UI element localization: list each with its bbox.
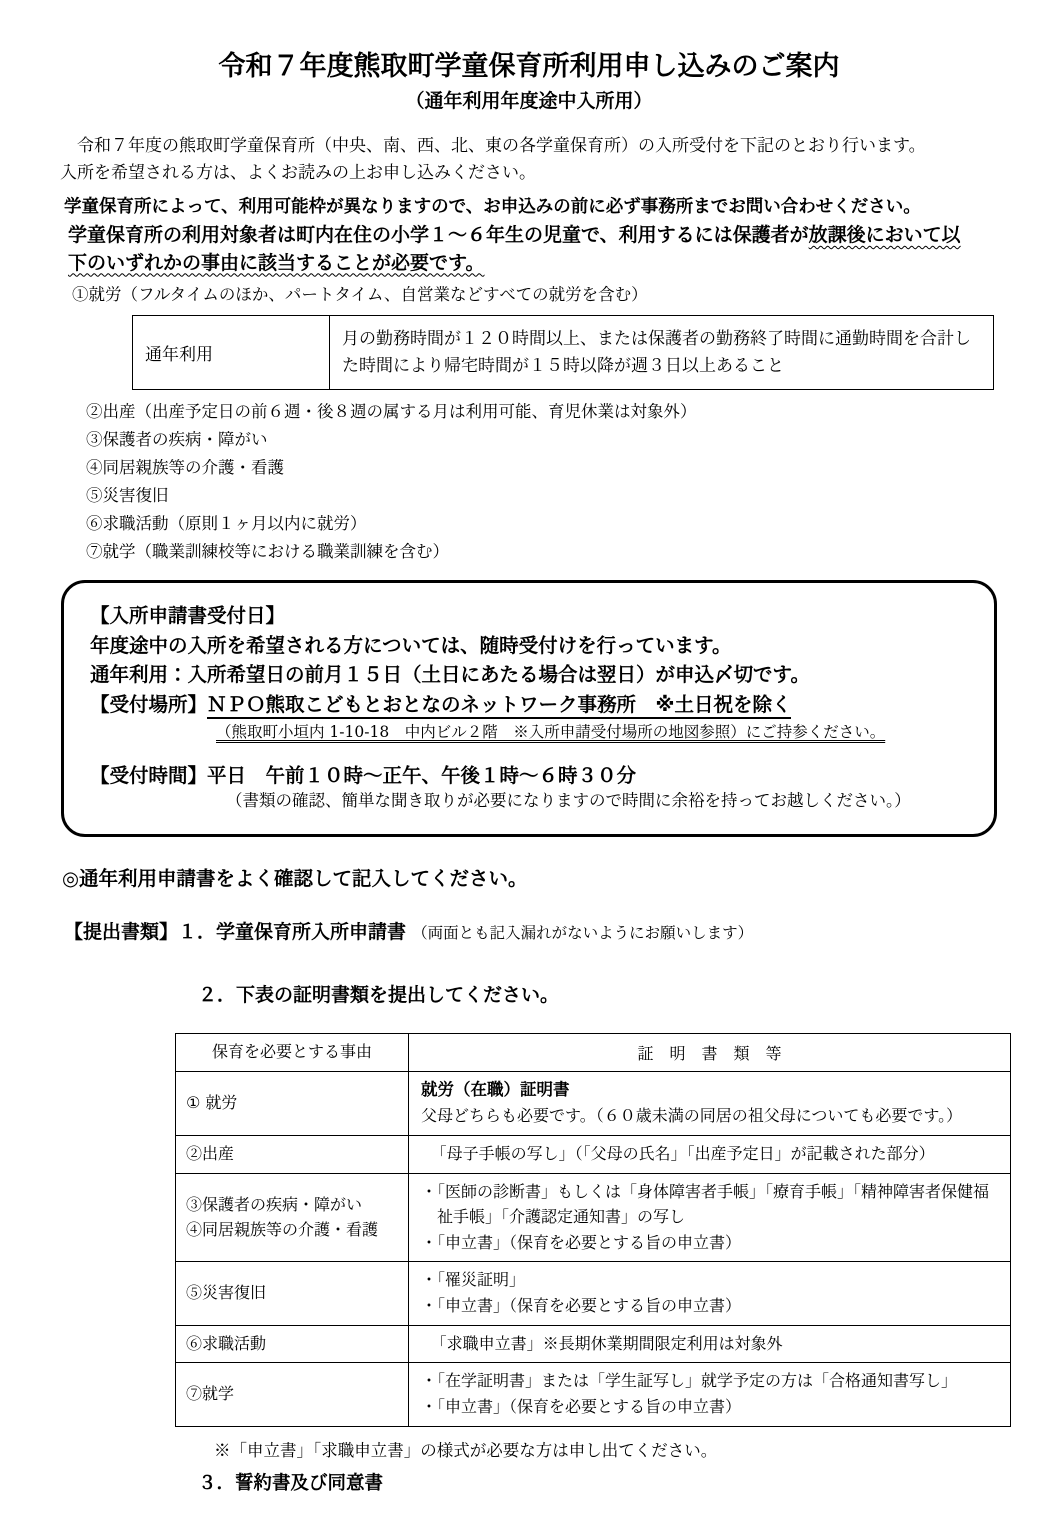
eligibility-prefix: 学童保育所の利用対象者は町内在住の小学１～６年生の児童で、利用するには保護者が bbox=[68, 224, 809, 246]
doc-line-1: ・「在学証明書」または「学生証写し」就学予定の方は「合格通知書写し」 bbox=[421, 1368, 998, 1394]
table-row: 通年利用 月の勤務時間が１２０時間以上、または保護者の勤務終了時間に通勤時間を合… bbox=[133, 316, 994, 390]
docs-cell: 「求職申立書」※長期休業期間限定利用は対象外 bbox=[409, 1325, 1011, 1363]
doc-line-1: ・「医師の診断書」もしくは「身体障害者手帳」「療育手帳」「精神障害者保健福祉手帳… bbox=[421, 1179, 998, 1230]
confirm-note: ◎通年利用申請書をよく確認して記入してください。 bbox=[62, 863, 1000, 891]
table-row-schooling: ⑦就学 ・「在学証明書」または「学生証写し」就学予定の方は「合格通知書写し」 ・… bbox=[176, 1363, 1011, 1426]
doc-line-2: ・「申立書」（保育を必要とする旨の申立書） bbox=[421, 1293, 998, 1319]
table-header-row: 保育を必要とする事由 証 明 書 類 等 bbox=[176, 1034, 1011, 1072]
reception-time-value: 平日 午前１０時～正午、午後１時～６時３０分 bbox=[207, 764, 636, 787]
document-page: 令和７年度熊取町学童保育所利用申し込みのご案内 （通年利用年度途中入所用） 令和… bbox=[0, 0, 1058, 1535]
doc-note: 父母どちらも必要です。（６０歳未満の同居の祖父母についても必要です。） bbox=[421, 1103, 998, 1129]
documents-item-2: ２．下表の証明書類を提出してください。 bbox=[198, 980, 1000, 1007]
reception-place-label: 【受付場所】 bbox=[90, 693, 207, 716]
annual-use-label-cell: 通年利用 bbox=[133, 316, 330, 390]
reason-item-2: ②出産（出産予定日の前６週・後８週の属する月は利用可能、育児休業は対象外） bbox=[86, 398, 1000, 426]
reason-item-3: ③保護者の疾病・障がい bbox=[86, 426, 1000, 454]
reason-cell: ③保護者の疾病・障がい ④同居親族等の介護・看護 bbox=[176, 1173, 409, 1262]
reception-time-label: 【受付時間】 bbox=[90, 764, 207, 787]
header-reason: 保育を必要とする事由 bbox=[176, 1034, 409, 1072]
docs-cell: 「母子手帳の写し」（「父母の氏名」「出産予定日」が記載された部分） bbox=[409, 1135, 1011, 1173]
page-title: 令和７年度熊取町学童保育所利用申し込みのご案内 bbox=[58, 50, 1000, 84]
submission-documents-line: 【提出書類】１．学童保育所入所申請書 （両面とも記入漏れがないようにお願いします… bbox=[64, 917, 1000, 944]
reason-cell: ⑦就学 bbox=[176, 1363, 409, 1426]
reception-time-note: （書類の確認、簡単な聞き取りが必要になりますので時間に余裕を持ってお越しください… bbox=[226, 788, 968, 814]
docs-cell: ・「罹災証明」 ・「申立書」（保育を必要とする旨の申立書） bbox=[409, 1262, 1011, 1325]
eligibility-statement: 学童保育所の利用対象者は町内在住の小学１～６年生の児童で、利用するには保護者が放… bbox=[68, 222, 978, 277]
box-heading: 【入所申請書受付日】 bbox=[90, 601, 968, 631]
reason-item-1: ①就労（フルタイムのほか、パートタイム、自営業などすべての就労を含む） bbox=[72, 281, 1000, 309]
annual-use-condition-cell: 月の勤務時間が１２０時間以上、または保護者の勤務終了時間に通勤時間を合計した時間… bbox=[330, 316, 994, 390]
contact-notice: 学童保育所によって、利用可能枠が異なりますので、お申込みの前に必ず事務所までお問… bbox=[64, 194, 994, 220]
reason-cell: ②出産 bbox=[176, 1135, 409, 1173]
reason-item-5: ⑤災害復旧 bbox=[86, 482, 1000, 510]
table-row-jobsearch: ⑥求職活動 「求職申立書」※長期休業期間限定利用は対象外 bbox=[176, 1325, 1011, 1363]
table-row-illness-care: ③保護者の疾病・障がい ④同居親族等の介護・看護 ・「医師の診断書」もしくは「身… bbox=[176, 1173, 1011, 1262]
doc-line: 「求職申立書」※長期休業期間限定利用は対象外 bbox=[421, 1331, 998, 1357]
doc-line: 「母子手帳の写し」（「父母の氏名」「出産予定日」が記載された部分） bbox=[421, 1141, 998, 1167]
reason-cell: ⑥求職活動 bbox=[176, 1325, 409, 1363]
documents-item-1: １．学童保育所入所申請書 bbox=[178, 921, 406, 943]
form-request-note: ※「申立書」「求職申立書」の様式が必要な方は申し出てください。 bbox=[214, 1437, 1000, 1461]
annual-use-table: 通年利用 月の勤務時間が１２０時間以上、または保護者の勤務終了時間に通勤時間を合… bbox=[132, 315, 994, 390]
reception-place-line: 【受付場所】ＮＰＯ熊取こどもとおとなのネットワーク事務所 ※土日祝を除く bbox=[90, 690, 968, 719]
table-row-birth: ②出産 「母子手帳の写し」（「父母の氏名」「出産予定日」が記載された部分） bbox=[176, 1135, 1011, 1173]
reason-cell: ① 就労 bbox=[176, 1071, 409, 1135]
doc-line-2: ・「申立書」（保育を必要とする旨の申立書） bbox=[421, 1394, 998, 1420]
box-line-1: 年度途中の入所を希望される方については、随時受付けを行っています。 bbox=[90, 631, 968, 661]
reason-item-6: ⑥求職活動（原則１ヶ月以内に就労） bbox=[86, 510, 1000, 538]
table-row-disaster: ⑤災害復旧 ・「罹災証明」 ・「申立書」（保育を必要とする旨の申立書） bbox=[176, 1262, 1011, 1325]
documents-item-3: ３．誓約書及び同意書 bbox=[198, 1469, 1000, 1495]
intro-line-1: 令和７年度の熊取町学童保育所（中央、南、西、北、東の各学童保育所）の入所受付を下… bbox=[60, 133, 998, 161]
documents-label: 【提出書類】 bbox=[64, 921, 178, 943]
reason-cell: ⑤災害復旧 bbox=[176, 1262, 409, 1325]
header-certificates: 証 明 書 類 等 bbox=[409, 1034, 1011, 1072]
docs-cell: ・「在学証明書」または「学生証写し」就学予定の方は「合格通知書写し」 ・「申立書… bbox=[409, 1363, 1011, 1426]
doc-title: 就労（在職）証明書 bbox=[421, 1077, 998, 1103]
page-subtitle: （通年利用年度途中入所用） bbox=[58, 86, 1000, 113]
reception-time-line: 【受付時間】平日 午前１０時～正午、午後１時～６時３０分 bbox=[90, 760, 968, 788]
application-info-box: 【入所申請書受付日】 年度途中の入所を希望される方については、随時受付けを行って… bbox=[61, 580, 997, 837]
docs-cell: ・「医師の診断書」もしくは「身体障害者手帳」「療育手帳」「精神障害者保健福祉手帳… bbox=[409, 1173, 1011, 1262]
reception-place-detail: （熊取町小垣内 1-10-18 中内ビル２階 ※入所申請受付場所の地図参照）にご… bbox=[216, 719, 968, 745]
intro-paragraph: 令和７年度の熊取町学童保育所（中央、南、西、北、東の各学童保育所）の入所受付を下… bbox=[60, 133, 998, 188]
documents-item-1-note: （両面とも記入漏れがないようにお願いします） bbox=[412, 924, 753, 942]
doc-line-1: ・「罹災証明」 bbox=[421, 1267, 998, 1293]
box-line-2: 通年利用：入所希望日の前月１５日（土日にあたる場合は翌日）が申込〆切です。 bbox=[90, 660, 968, 690]
docs-cell: 就労（在職）証明書 父母どちらも必要です。（６０歳未満の同居の祖父母についても必… bbox=[409, 1071, 1011, 1135]
table-row-work: ① 就労 就労（在職）証明書 父母どちらも必要です。（６０歳未満の同居の祖父母に… bbox=[176, 1071, 1011, 1135]
reason-item-7: ⑦就学（職業訓練校等における職業訓練を含む） bbox=[86, 538, 1000, 566]
reason-item-4: ④同居親族等の介護・看護 bbox=[86, 454, 1000, 482]
reason-line-1: ③保護者の疾病・障がい bbox=[186, 1193, 398, 1218]
certificate-table: 保育を必要とする事由 証 明 書 類 等 ① 就労 就労（在職）証明書 父母どち… bbox=[175, 1033, 1011, 1427]
reason-line-2: ④同居親族等の介護・看護 bbox=[186, 1218, 398, 1243]
intro-line-2: 入所を希望される方は、よくお読みの上お申し込みください。 bbox=[60, 160, 998, 188]
reception-place-value: ＮＰＯ熊取こどもとおとなのネットワーク事務所 ※土日祝を除く bbox=[207, 693, 791, 719]
reason-list: ②出産（出産予定日の前６週・後８週の属する月は利用可能、育児休業は対象外） ③保… bbox=[72, 398, 1000, 566]
doc-line-2: ・「申立書」（保育を必要とする旨の申立書） bbox=[421, 1230, 998, 1256]
reception-place-address: （熊取町小垣内 1-10-18 中内ビル２階 ※入所申請受付場所の地図参照）にご… bbox=[216, 723, 885, 741]
